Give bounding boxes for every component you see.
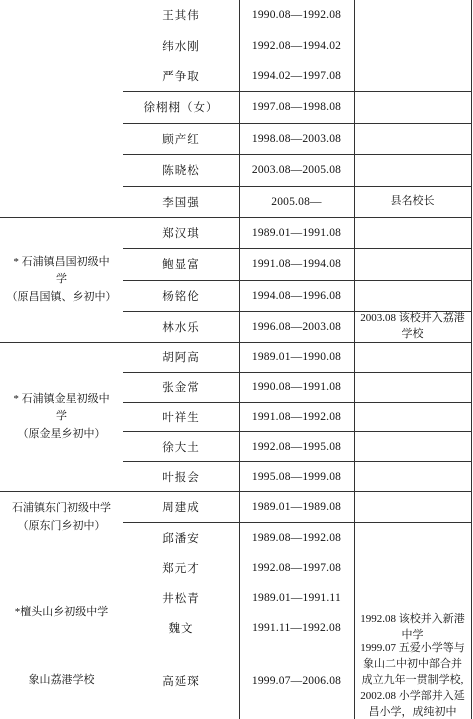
term-dates: 1994.08—1996.08 — [239, 281, 354, 311]
table-row: 林水乐 1996.08—2003.08 2003.08 该校并入荔港 学校 — [123, 311, 471, 342]
note — [354, 0, 471, 30]
rows: 王其伟 1990.08—1992.08 纬水刚 1992.08—1994.02 … — [123, 0, 471, 217]
table-row: 鲍显富 1991.08—1994.08 — [123, 248, 471, 279]
school-section: 王其伟 1990.08—1992.08 纬水刚 1992.08—1994.02 … — [0, 0, 471, 217]
term-dates: 1991.11—1992.08 — [239, 613, 354, 643]
principal-name: 魏文 — [123, 613, 239, 643]
note — [354, 432, 471, 461]
term-dates: 1989.01—1991.11 — [239, 583, 354, 613]
principal-name: 纬水刚 — [123, 30, 239, 60]
column-divider-date-note — [354, 0, 355, 719]
principal-name: 周建成 — [123, 492, 239, 522]
table-row: 郑元才 1992.08—1997.08 — [123, 553, 471, 583]
note: 县名校长 — [354, 187, 471, 217]
note: 1992.08 该校并入新港 中学 — [354, 613, 471, 643]
note: 1999.07 五爱小学等与 象山二中初中部合并 成立九年一贯制学校, 2002… — [354, 643, 471, 719]
principal-name: 林水乐 — [123, 312, 239, 342]
table-row: 陈晓松 2003.08—2005.08 — [123, 154, 471, 185]
table-row: 严争取 1994.02—1997.08 — [123, 61, 471, 91]
school-section: 石浦镇东门初级中学 （原东门乡初中） 周建成 1989.01—1989.08 邱… — [0, 491, 471, 583]
term-dates: 1992.08—1994.02 — [239, 30, 354, 60]
term-dates: 1989.01—1990.08 — [239, 343, 354, 372]
term-dates: 1989.08—1992.08 — [239, 523, 354, 553]
term-dates: 1992.08—1997.08 — [239, 553, 354, 583]
note — [354, 403, 471, 432]
principal-name: 王其伟 — [123, 0, 239, 30]
term-dates: 1991.08—1992.08 — [239, 403, 354, 432]
term-dates: 1995.08—1999.08 — [239, 462, 354, 491]
principal-name: 井松青 — [123, 583, 239, 613]
term-dates: 1997.08—1998.08 — [239, 92, 354, 122]
table-row: 胡阿高 1989.01—1990.08 — [123, 343, 471, 372]
school-cell: * 石浦镇昌国初级中 学 （原昌国镇、乡初中） — [0, 218, 123, 342]
school-cell: * 石浦镇金星初级中 学 （原金星乡初中） — [0, 343, 123, 491]
table-right-border — [471, 0, 472, 719]
note — [354, 30, 471, 60]
note — [354, 373, 471, 402]
note — [354, 124, 471, 154]
rows: 井松青 1989.01—1991.11 魏文 1991.11—1992.08 1… — [123, 583, 471, 643]
note — [354, 492, 471, 522]
table: 王其伟 1990.08—1992.08 纬水刚 1992.08—1994.02 … — [0, 0, 471, 719]
principal-name: 徐栩栩（女） — [123, 92, 239, 122]
table-row: 叶报会 1995.08—1999.08 — [123, 461, 471, 491]
note — [354, 462, 471, 491]
table-row: 杨铭伦 1994.08—1996.08 — [123, 280, 471, 311]
term-dates: 2003.08—2005.08 — [239, 155, 354, 185]
note — [354, 249, 471, 279]
rows: 胡阿高 1989.01—1990.08 张金常 1990.08—1991.08 … — [123, 343, 471, 491]
term-dates: 1992.08—1995.08 — [239, 432, 354, 461]
term-dates: 1990.08—1991.08 — [239, 373, 354, 402]
school-cell: 象山荔港学校 — [0, 643, 123, 719]
table-row: 郑汉琪 1989.01—1991.08 — [123, 218, 471, 248]
principal-name: 徐大土 — [123, 432, 239, 461]
table-row: 徐栩栩（女） 1997.08—1998.08 — [123, 91, 471, 122]
principal-name: 郑汉琪 — [123, 218, 239, 248]
principal-name: 鲍显富 — [123, 249, 239, 279]
note — [354, 343, 471, 372]
table-row: 李国强 2005.08— 县名校长 — [123, 186, 471, 217]
principal-name: 陈晓松 — [123, 155, 239, 185]
column-divider-name-date — [239, 0, 240, 719]
principal-name: 李国强 — [123, 187, 239, 217]
note — [354, 281, 471, 311]
table-row: 顾产红 1998.08—2003.08 — [123, 123, 471, 154]
table-row: 王其伟 1990.08—1992.08 — [123, 0, 471, 30]
principal-name: 顾产红 — [123, 124, 239, 154]
term-dates: 1998.08—2003.08 — [239, 124, 354, 154]
term-dates: 1994.02—1997.08 — [239, 61, 354, 91]
note — [354, 92, 471, 122]
term-dates: 1996.08—2003.08 — [239, 312, 354, 342]
table-row: 邱潘安 1989.08—1992.08 — [123, 522, 471, 553]
term-dates: 1999.07—2006.08 — [239, 643, 354, 719]
school-section: * 石浦镇金星初级中 学 （原金星乡初中） 胡阿高 1989.01—1990.0… — [0, 342, 471, 491]
principal-name: 张金常 — [123, 373, 239, 402]
table-row: 徐大土 1992.08—1995.08 — [123, 431, 471, 461]
table-row: 魏文 1991.11—1992.08 1992.08 该校并入新港 中学 — [123, 613, 471, 643]
school-cell — [0, 0, 123, 217]
principal-name: 严争取 — [123, 61, 239, 91]
table-row: 纬水刚 1992.08—1994.02 — [123, 30, 471, 60]
principal-name: 高延琛 — [123, 643, 239, 719]
principal-name: 郑元才 — [123, 553, 239, 583]
note — [354, 61, 471, 91]
note — [354, 155, 471, 185]
term-dates: 1989.01—1991.08 — [239, 218, 354, 248]
school-section: *檀头山乡初级中学 井松青 1989.01—1991.11 魏文 1991.11… — [0, 583, 471, 643]
school-section: * 石浦镇昌国初级中 学 （原昌国镇、乡初中） 郑汉琪 1989.01—1991… — [0, 217, 471, 342]
principal-name: 叶报会 — [123, 462, 239, 491]
principal-name: 邱潘安 — [123, 523, 239, 553]
note — [354, 553, 471, 583]
table-row: 张金常 1990.08—1991.08 — [123, 372, 471, 402]
note: 2003.08 该校并入荔港 学校 — [354, 312, 471, 342]
school-section: 象山荔港学校 高延琛 1999.07—2006.08 1999.07 五爱小学等… — [0, 643, 471, 719]
rows: 周建成 1989.01—1989.08 邱潘安 1989.08—1992.08 … — [123, 492, 471, 583]
term-dates: 1990.08—1992.08 — [239, 0, 354, 30]
note — [354, 583, 471, 613]
term-dates: 2005.08— — [239, 187, 354, 217]
rows: 高延琛 1999.07—2006.08 1999.07 五爱小学等与 象山二中初… — [123, 643, 471, 719]
principal-name: 杨铭伦 — [123, 281, 239, 311]
school-cell: *檀头山乡初级中学 — [0, 583, 123, 643]
table-row: 高延琛 1999.07—2006.08 1999.07 五爱小学等与 象山二中初… — [123, 643, 471, 719]
rows: 郑汉琪 1989.01—1991.08 鲍显富 1991.08—1994.08 … — [123, 218, 471, 342]
table-row: 周建成 1989.01—1989.08 — [123, 492, 471, 522]
document-table-page: 王其伟 1990.08—1992.08 纬水刚 1992.08—1994.02 … — [0, 0, 473, 719]
school-cell: 石浦镇东门初级中学 （原东门乡初中） — [0, 492, 123, 583]
term-dates: 1989.01—1989.08 — [239, 492, 354, 522]
note — [354, 523, 471, 553]
table-row: 叶祥生 1991.08—1992.08 — [123, 402, 471, 432]
table-row: 井松青 1989.01—1991.11 — [123, 583, 471, 613]
principal-name: 叶祥生 — [123, 403, 239, 432]
term-dates: 1991.08—1994.08 — [239, 249, 354, 279]
note — [354, 218, 471, 248]
principal-name: 胡阿高 — [123, 343, 239, 372]
